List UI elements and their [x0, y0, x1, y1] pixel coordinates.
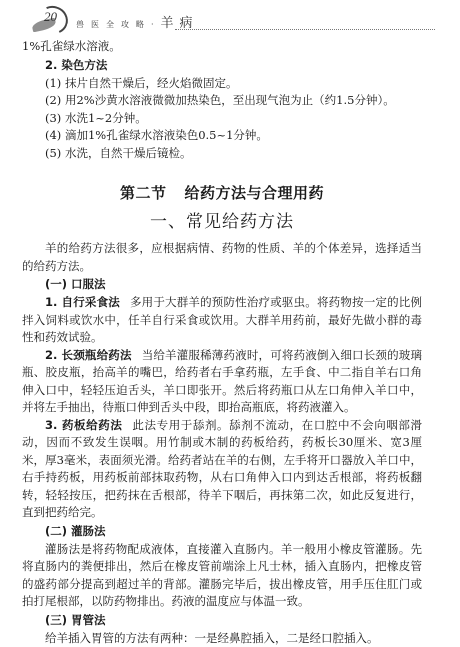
intro-paragraph: 羊的给药方法很多，应根据病情、药物的性质、羊的个体差异，选择适当的给药方法。: [22, 240, 422, 275]
section-heading: 第二节给药方法与合理用药: [22, 182, 422, 203]
method-paragraph: 3. 药板给药法此法专用于舔剂。舔剂不流动，在口腔中不会向咽部滑动，因而不致发生…: [22, 417, 422, 522]
method-paragraph: 2. 长颈瓶给药法当给羊灌服稀薄药液时，可将药液倒入细口长颈的玻璃瓶、胶皮瓶，抬…: [22, 347, 422, 417]
staining-heading: 2. 染色方法: [22, 56, 422, 75]
page-number: 20: [44, 9, 57, 25]
section-title: 给药方法与合理用药: [185, 184, 325, 202]
method-lead: 3. 药板给药法: [45, 418, 122, 432]
method-lead: 2. 长颈瓶给药法: [45, 348, 132, 362]
subsection-heading: 一、常见给药方法: [22, 207, 422, 232]
staining-step: (2) 用2%沙黄水溶液微微加热染色，至出现气泡为止（约1.5分钟）。: [22, 92, 422, 110]
method-text: 此法专用于舔剂。舔剂不流动，在口腔中不会向咽部滑动，因而不致发生误咽。用竹制或木…: [22, 418, 422, 520]
staining-step: (4) 滴加1%孔雀绿水溶液染色0.5~1分钟。: [22, 127, 422, 145]
enema-paragraph: 灌肠法是将药物配成液体，直接灌入直肠内。羊一般用小橡皮管灌肠。先将直肠内的粪便排…: [22, 541, 422, 611]
gastric-paragraph: 给羊插入胃管的方法有两种：一是经鼻腔插入，二是经口腔插入。: [22, 630, 422, 647]
method-lead: 1. 自行采食法: [45, 295, 120, 309]
staining-step: (5) 水洗，自然干燥后镜检。: [22, 145, 422, 163]
staining-step: (3) 水洗1~2分钟。: [22, 110, 422, 128]
page-header: 20 兽医全攻略·羊病: [30, 6, 430, 32]
oral-heading: (一) 口服法: [22, 275, 422, 294]
series-title: 兽医全攻略: [76, 20, 151, 29]
title-separator: ·: [151, 20, 161, 29]
header-rule: [175, 29, 435, 30]
page-number-badge: 20: [30, 6, 70, 32]
staining-step: (1) 抹片自然干燥后，经火焰微固定。: [22, 75, 422, 93]
gastric-heading: (三) 胃管法: [22, 611, 422, 630]
section-number: 第二节: [120, 184, 167, 202]
enema-heading: (二) 灌肠法: [22, 522, 422, 541]
carryover-text: 1%孔雀绿水溶液。: [22, 38, 422, 56]
method-paragraph: 1. 自行采食法多用于大群羊的预防性治疗或驱虫。将药物按一定的比例拌入饲料或饮水…: [22, 294, 422, 347]
page-body: 1%孔雀绿水溶液。 2. 染色方法 (1) 抹片自然干燥后，经火焰微固定。 (2…: [22, 38, 422, 647]
